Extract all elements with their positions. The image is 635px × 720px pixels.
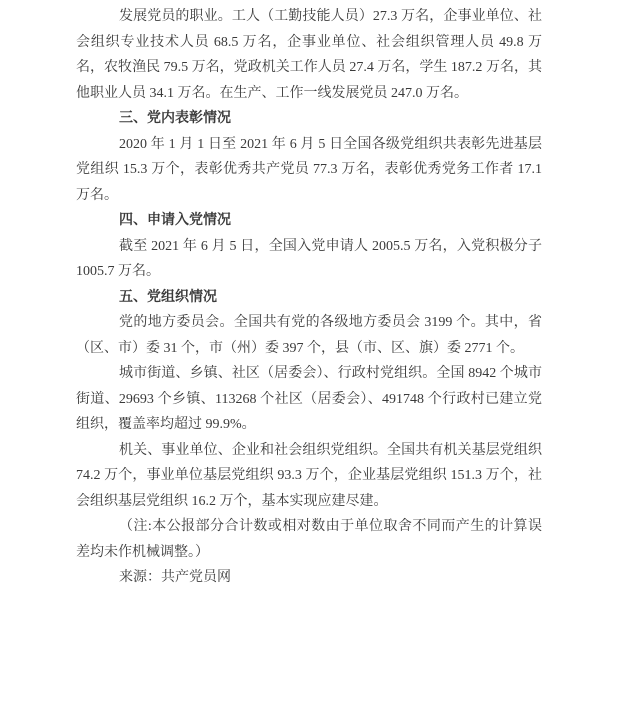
paragraph-org-categories: 机关、事业单位、企业和社会组织党组织。全国共有机关基层党组织 74.2 万个，事… — [76, 438, 542, 515]
paragraph-occupation-stats: 发展党员的职业。工人（工勤技能人员）27.3 万名，企事业单位、社会组织专业技术… — [76, 4, 542, 106]
paragraph-application-stats: 截至 2021 年 6 月 5 日，全国入党申请人 2005.5 万名，入党积极… — [76, 234, 542, 285]
paragraph-commendation-stats: 2020 年 1 月 1 日至 2021 年 6 月 5 日全国各级党组织共表彰… — [76, 132, 542, 209]
note-paragraph: （注:本公报部分合计数或相对数由于单位取舍不同而产生的计算误差均未作机械调整。） — [76, 514, 542, 565]
section-heading-commendation: 三、党内表彰情况 — [76, 106, 542, 132]
paragraph-grassroots-coverage: 城市街道、乡镇、社区（居委会）、行政村党组织。全国 8942 个城市街道、296… — [76, 361, 542, 438]
source-line: 来源：共产党员网 — [76, 565, 542, 591]
document-page: 发展党员的职业。工人（工勤技能人员）27.3 万名，企事业单位、社会组织专业技术… — [0, 0, 635, 720]
section-heading-organization: 五、党组织情况 — [76, 285, 542, 311]
section-heading-application: 四、申请入党情况 — [76, 208, 542, 234]
document-content: 发展党员的职业。工人（工勤技能人员）27.3 万名，企事业单位、社会组织专业技术… — [76, 4, 542, 591]
paragraph-local-committees: 党的地方委员会。全国共有党的各级地方委员会 3199 个。其中，省（区、市）委 … — [76, 310, 542, 361]
